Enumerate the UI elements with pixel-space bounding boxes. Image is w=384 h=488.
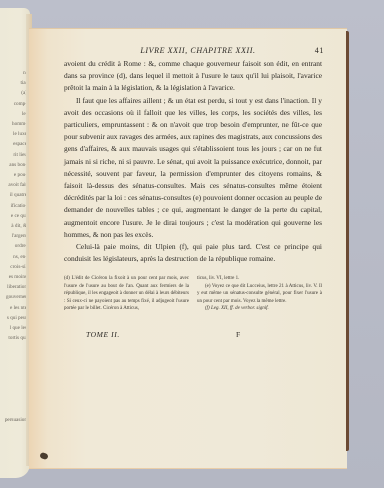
- left-page-line: e les nte: [1, 303, 27, 313]
- left-page-line: n.: [1, 68, 27, 78]
- volume-label: TOME II.: [86, 330, 120, 339]
- left-page-line: liberation: [1, 282, 27, 292]
- left-page-line: avoit fait: [1, 180, 27, 190]
- left-page-line: ordre.: [1, 241, 27, 251]
- page-footer: TOME II. F: [64, 330, 322, 342]
- left-page-line: s qui peut: [1, 313, 27, 323]
- left-page-line: [1, 384, 27, 394]
- left-page-line: à dit, &: [1, 221, 27, 231]
- left-page-line: es moins: [1, 272, 27, 282]
- paragraph: Celui-là paie moins, dit Ulpien (f), qui…: [64, 241, 322, 265]
- left-page-line: crois-sil: [1, 262, 27, 272]
- signature-mark: F: [236, 330, 240, 339]
- left-page-line: rit lieu: [1, 150, 27, 160]
- footnote-line: ticus, liv. VI, lettre 1.: [197, 275, 322, 282]
- left-page-text: n.tia.(a)comp-le.homm-le luxeespacerit l…: [1, 68, 27, 425]
- left-page-line: gouverner: [1, 292, 27, 302]
- footnote-line: (e) Voyez ce que dit Lucceius, lettre 21…: [197, 283, 322, 305]
- running-header: LIVRE XXII, CHAPITRE XXII. 41: [74, 46, 322, 58]
- page-edge-binding: [346, 31, 349, 451]
- footnote-right: ticus, liv. VI, lettre 1. (e) Voyez ce q…: [197, 275, 322, 312]
- left-page-line: tia.: [1, 78, 27, 88]
- paragraph: Il faut que les affaires aillent ; & un …: [64, 95, 322, 241]
- left-page-line: l que les: [1, 323, 27, 333]
- left-page-line: ans bon-: [1, 160, 27, 170]
- left-page-line: ificatio-: [1, 201, 27, 211]
- body-text: avoient du crédit à Rome : &, comme chaq…: [64, 58, 322, 265]
- page-content: LIVRE XXII, CHAPITRE XXII. 41 avoient du…: [64, 46, 322, 342]
- left-page-line: [1, 374, 27, 384]
- left-page-line: [1, 395, 27, 405]
- paragraph: avoient du crédit à Rome : &, comme chaq…: [64, 58, 322, 95]
- left-page-line: [1, 343, 27, 353]
- left-page-line: espace: [1, 139, 27, 149]
- left-page-line: tortis qui: [1, 333, 27, 343]
- left-page-line: comp-: [1, 99, 27, 109]
- left-page-line: il quatre: [1, 190, 27, 200]
- left-page-line: ns, en-: [1, 252, 27, 262]
- left-page-line: (a): [1, 88, 27, 98]
- left-page-line: homm-: [1, 119, 27, 129]
- footnotes: (d) L'édit de Cicéron la fixoit à un pou…: [64, 275, 322, 312]
- page-number: 41: [315, 46, 324, 55]
- footnote-line: (f) Leg. XII, ff. de verbor. signif.: [197, 305, 322, 312]
- footnote-left: (d) L'édit de Cicéron la fixoit à un pou…: [64, 275, 189, 312]
- left-page-line: [1, 364, 27, 374]
- left-page-line: [1, 405, 27, 415]
- left-page-line: le luxe: [1, 129, 27, 139]
- left-page-line: [1, 354, 27, 364]
- left-page-line: l'argent: [1, 231, 27, 241]
- left-page-line: e ce qui: [1, 211, 27, 221]
- left-page-line: le.: [1, 109, 27, 119]
- running-title: LIVRE XXII, CHAPITRE XXII.: [140, 46, 255, 55]
- left-page-line: e pou-: [1, 170, 27, 180]
- left-page-line: persuasion: [1, 415, 27, 425]
